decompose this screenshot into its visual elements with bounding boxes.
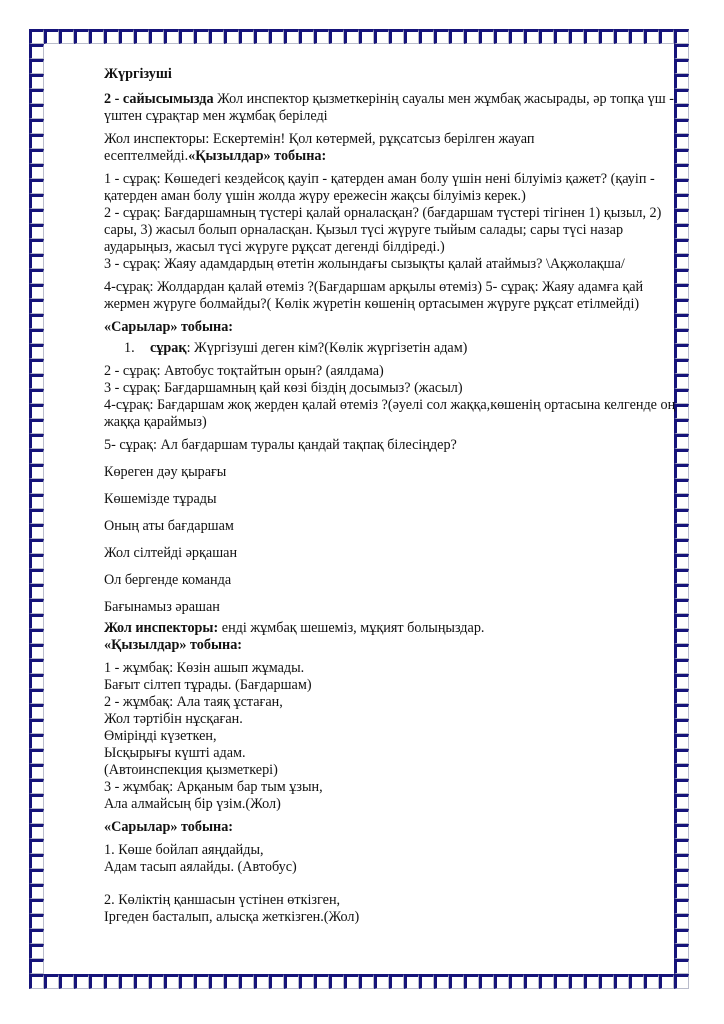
border-tile: [29, 29, 44, 44]
document-body: Жүргізуші 2 - сайысымызда Жол инспектор …: [104, 66, 684, 926]
border-tile: [29, 389, 44, 404]
border-tile: [599, 29, 614, 44]
border-tile: [29, 269, 44, 284]
border-tile: [29, 764, 44, 779]
riddle-line: Өміріңді күзеткен,: [104, 728, 684, 745]
yellow-riddles-heading: «Сарылар» тобына:: [104, 819, 684, 836]
yellow-question-5: 5- сұрақ: Ал бағдаршам туралы қандай тақ…: [104, 437, 684, 454]
border-tile: [29, 599, 44, 614]
border-tile: [419, 29, 434, 44]
border-tile: [674, 29, 689, 44]
border-tile: [29, 914, 44, 929]
border-tile: [59, 29, 74, 44]
border-tile: [194, 974, 209, 989]
border-tile: [134, 974, 149, 989]
red-riddles: 1 - жұмбақ: Көзін ашып жұмады. Бағыт сіл…: [104, 660, 684, 813]
border-tile: [284, 29, 299, 44]
inspector-warning: Жол инспекторы: Ескертемін! Қол көтермей…: [104, 131, 684, 165]
border-tile: [89, 974, 104, 989]
border-tile: [329, 29, 344, 44]
yellow-question-2: 2 - сұрақ: Автобус тоқтайтын орын? (аялд…: [104, 363, 684, 380]
border-tile: [224, 974, 239, 989]
border-tile: [29, 74, 44, 89]
border-tile: [29, 149, 44, 164]
border-tile: [29, 479, 44, 494]
border-tile: [29, 944, 44, 959]
border-tile: [524, 29, 539, 44]
border-tile: [29, 344, 44, 359]
border-tile: [314, 29, 329, 44]
border-tile: [29, 524, 44, 539]
yellow-riddle-2: 2. Көліктің қаншасын үстінен өткізген, І…: [104, 892, 684, 926]
riddle-line: 2 - жұмбақ: Ала таяқ ұстаған,: [104, 694, 684, 711]
border-tile: [254, 974, 269, 989]
red-team-heading: «Қызылдар» тобына:: [188, 148, 326, 164]
border-tile: [329, 974, 344, 989]
border-tile: [539, 29, 554, 44]
border-tile: [569, 974, 584, 989]
border-tile: [674, 974, 689, 989]
border-tile: [29, 179, 44, 194]
border-tile: [29, 194, 44, 209]
poem-line: Көшемізде тұрады: [104, 491, 684, 508]
border-tile: [29, 749, 44, 764]
border-tile: [509, 29, 524, 44]
border-tile: [434, 974, 449, 989]
border-tile: [179, 29, 194, 44]
border-tile: [509, 974, 524, 989]
border-tile: [659, 974, 674, 989]
border-tile: [29, 239, 44, 254]
red-question-1: 1 - сұрақ: Көшедегі кездейсоқ қауіп - қа…: [104, 171, 684, 205]
border-tile: [494, 29, 509, 44]
riddle-line: 3 - жұмбақ: Арқаным бар тым ұзын,: [104, 779, 684, 796]
border-tile: [29, 629, 44, 644]
border-tile: [29, 44, 44, 59]
border-tile: [29, 824, 44, 839]
red-riddles-heading: «Қызылдар» тобына:: [104, 637, 684, 654]
border-tile: [389, 974, 404, 989]
border-tile: [29, 134, 44, 149]
border-tile: [29, 284, 44, 299]
question-text: : Жүргізуші деген кім?(Көлік жүргізетін …: [187, 340, 468, 356]
border-tile: [629, 974, 644, 989]
yellow-question-4: 4-сұрақ: Бағдаршам жоқ жерден қалай өтем…: [104, 397, 684, 431]
border-tile: [659, 29, 674, 44]
border-tile: [29, 899, 44, 914]
border-tile: [29, 449, 44, 464]
border-tile: [314, 974, 329, 989]
border-tile: [479, 974, 494, 989]
border-tile: [29, 119, 44, 134]
border-tile: [644, 29, 659, 44]
border-tile: [584, 29, 599, 44]
border-tile: [29, 539, 44, 554]
yellow-riddle-1: 1. Көше бойлап аяңдайды, Адам тасып аяла…: [104, 842, 684, 876]
border-tile: [29, 254, 44, 269]
border-tile: [404, 29, 419, 44]
poem-line: Бағынамыз әрашан: [104, 599, 684, 616]
border-tile: [539, 974, 554, 989]
border-tile: [389, 29, 404, 44]
riddles-intro: Жол инспекторы: енді жұмбақ шешеміз, мұқ…: [104, 620, 684, 637]
border-tile: [194, 29, 209, 44]
border-tile: [569, 29, 584, 44]
intro-paragraph: 2 - сайысымызда Жол инспектор қызметкері…: [104, 91, 684, 125]
border-tile: [674, 944, 689, 959]
border-tile: [374, 974, 389, 989]
riddle-line: Бағыт сілтеп тұрады. (Бағдаршам): [104, 677, 684, 694]
border-tile: [209, 29, 224, 44]
question-word: сұрақ: [150, 340, 187, 356]
border-tile: [164, 974, 179, 989]
border-tile: [449, 974, 464, 989]
border-tile: [29, 89, 44, 104]
border-tile: [29, 809, 44, 824]
border-tile: [374, 29, 389, 44]
yellow-question-1: 1.сұрақ: Жүргізуші деген кім?(Көлік жүрг…: [104, 340, 684, 357]
border-tile: [449, 29, 464, 44]
riddles-intro-text: енді жұмбақ шешеміз, мұқият болыңыздар.: [218, 620, 484, 636]
border-tile: [29, 689, 44, 704]
red-question-3: 3 - сұрақ: Жаяу адамдардың өтетін жолынд…: [104, 256, 684, 273]
border-tile: [74, 974, 89, 989]
border-tile: [554, 29, 569, 44]
riddle-line: 2. Көліктің қаншасын үстінен өткізген,: [104, 892, 684, 909]
red-question-4-5: 4-сұрақ: Жолдардан қалай өтеміз ?(Бағдар…: [104, 279, 684, 313]
border-tile: [269, 29, 284, 44]
traffic-light-poem: Көреген дәу қырағы Көшемізде тұрады Оның…: [104, 464, 684, 616]
border-tile: [599, 974, 614, 989]
riddle-line: 1. Көше бойлап аяңдайды,: [104, 842, 684, 859]
border-tile: [224, 29, 239, 44]
yellow-question-3: 3 - сұрақ: Бағдаршамның қай көзі біздің …: [104, 380, 684, 397]
riddle-line: (Автоинспекция қызметкері): [104, 762, 684, 779]
border-tile: [29, 614, 44, 629]
poem-line: Көреген дәу қырағы: [104, 464, 684, 481]
border-tile: [29, 674, 44, 689]
border-tile: [29, 494, 44, 509]
border-tile: [239, 974, 254, 989]
red-question-2: 2 - сұрақ: Бағдаршамның түстері қалай ор…: [104, 205, 684, 256]
border-tile: [29, 854, 44, 869]
border-tile: [494, 974, 509, 989]
border-tile: [29, 329, 44, 344]
border-tile: [269, 974, 284, 989]
border-tile: [164, 29, 179, 44]
border-tile: [299, 974, 314, 989]
border-tile: [29, 419, 44, 434]
border-tile: [254, 29, 269, 44]
border-tile: [344, 29, 359, 44]
border-tile: [29, 434, 44, 449]
intro-bold: 2 - сайысымызда: [104, 91, 214, 107]
border-tile: [239, 29, 254, 44]
border-tile: [209, 974, 224, 989]
border-tile: [44, 974, 59, 989]
border-tile: [29, 959, 44, 974]
border-tile: [29, 314, 44, 329]
riddle-line: 1 - жұмбақ: Көзін ашып жұмады.: [104, 660, 684, 677]
border-tile: [29, 584, 44, 599]
border-tile: [284, 974, 299, 989]
border-tile: [464, 29, 479, 44]
border-tile: [104, 974, 119, 989]
border-tile: [29, 164, 44, 179]
border-tile: [344, 974, 359, 989]
border-tile: [29, 839, 44, 854]
border-tile: [29, 464, 44, 479]
border-tile: [29, 59, 44, 74]
border-tile: [59, 974, 74, 989]
riddle-line: Ала алмайсың бір үзім.(Жол): [104, 796, 684, 813]
border-tile: [479, 29, 494, 44]
riddle-line: Ысқырығы күшті адам.: [104, 745, 684, 762]
border-tile: [359, 29, 374, 44]
border-tile: [29, 374, 44, 389]
riddles-intro-bold: Жол инспекторы:: [104, 620, 218, 636]
border-tile: [119, 974, 134, 989]
border-tile: [29, 779, 44, 794]
border-tile: [29, 569, 44, 584]
border-tile: [644, 974, 659, 989]
border-tile: [614, 29, 629, 44]
border-tile: [404, 974, 419, 989]
border-tile: [29, 869, 44, 884]
border-tile: [674, 929, 689, 944]
riddle-line: Адам тасып аялайды. (Автобус): [104, 859, 684, 876]
border-tile: [299, 29, 314, 44]
border-tile: [29, 719, 44, 734]
border-tile: [29, 734, 44, 749]
border-tile: [149, 29, 164, 44]
border-tile: [89, 29, 104, 44]
border-tile: [29, 794, 44, 809]
border-tile: [524, 974, 539, 989]
border-tile: [29, 884, 44, 899]
border-tile: [29, 359, 44, 374]
poem-line: Оның аты бағдаршам: [104, 518, 684, 535]
border-tile: [179, 974, 194, 989]
border-tile: [29, 509, 44, 524]
border-tile: [74, 29, 89, 44]
border-tile: [674, 959, 689, 974]
border-tile: [29, 659, 44, 674]
border-tile: [584, 974, 599, 989]
border-tile: [359, 974, 374, 989]
border-tile: [629, 29, 644, 44]
border-tile: [44, 29, 59, 44]
border-tile: [134, 29, 149, 44]
border-tile: [29, 104, 44, 119]
yellow-team-heading: «Сарылар» тобына:: [104, 319, 684, 336]
border-tile: [674, 44, 689, 59]
border-tile: [554, 974, 569, 989]
border-tile: [104, 29, 119, 44]
border-tile: [434, 29, 449, 44]
poem-line: Ол бергенде команда: [104, 572, 684, 589]
list-number: 1.: [124, 340, 150, 357]
riddle-line: Іргеден басталып, алысқа жеткізген.(Жол): [104, 909, 684, 926]
border-tile: [29, 974, 44, 989]
border-tile: [464, 974, 479, 989]
riddle-line: Жол тәртібін нұсқаған.: [104, 711, 684, 728]
border-tile: [29, 644, 44, 659]
border-tile: [29, 299, 44, 314]
border-tile: [29, 704, 44, 719]
border-tile: [29, 209, 44, 224]
border-tile: [419, 974, 434, 989]
border-tile: [29, 929, 44, 944]
document-title: Жүргізуші: [104, 66, 684, 83]
poem-line: Жол сілтейді әрқашан: [104, 545, 684, 562]
border-tile: [614, 974, 629, 989]
border-tile: [29, 224, 44, 239]
border-tile: [29, 554, 44, 569]
border-tile: [29, 404, 44, 419]
border-tile: [149, 974, 164, 989]
border-tile: [119, 29, 134, 44]
